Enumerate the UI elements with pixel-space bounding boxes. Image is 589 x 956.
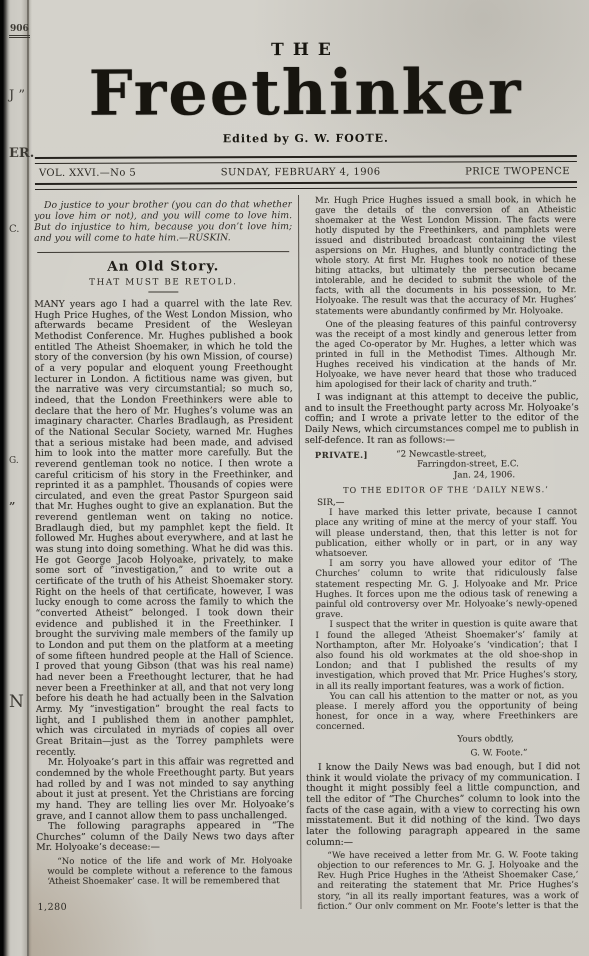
- letter-paragraph: I am sorry you have allowed your editor …: [315, 558, 577, 620]
- subtitle-rule: [148, 291, 178, 292]
- page-content: THE Freethinker Edited by G. W. FOOTE. V…: [29, 0, 586, 956]
- article-paragraph: The following paragraphs appeared in “Th…: [36, 821, 294, 854]
- issue-date: SUNDAY, FEBRUARY 4, 1906: [221, 167, 381, 179]
- article-columns: Do justice to your brother (you can do t…: [34, 192, 580, 910]
- edge-text-fragment: N: [9, 692, 24, 712]
- article-paragraph: I know the Daily News was bad enough, bu…: [306, 762, 580, 848]
- foote-letter: PRIVATE.] “2 Newcastle-street, Farringdo…: [315, 449, 578, 759]
- epigraph-quote: Do justice to your brother (you can do t…: [34, 193, 292, 244]
- column-rule: [37, 251, 289, 253]
- letter-private-label: PRIVATE.]: [315, 450, 368, 460]
- edge-text-fragment: G.: [9, 456, 19, 466]
- daily-news-quote-start: “No notice of the life and work of Mr. H…: [47, 856, 292, 887]
- article-paragraph: I was indignant at this attempt to decei…: [305, 392, 579, 446]
- left-column: Do justice to your brother (you can do t…: [34, 193, 294, 910]
- masthead-editor-line: Edited by G. W. FOOTE.: [34, 131, 578, 146]
- letter-date: Jan. 24, 1906.: [454, 470, 577, 481]
- dateline: VOL. XXVI.—No 5 SUNDAY, FEBRUARY 4, 1906…: [34, 162, 578, 183]
- letter-paragraph: I suspect that the writer in question is…: [315, 619, 577, 691]
- edge-text-fragment: C.: [9, 224, 19, 235]
- article-subtitle: THAT MUST BE RETOLD.: [34, 277, 292, 288]
- letter-signature: G. W. Foote.”: [471, 748, 578, 759]
- scanned-newspaper-page: 906 J ” ER. C. G. ” N THE Freethinker Ed…: [0, 0, 589, 956]
- column-divider: [298, 195, 301, 909]
- letter-paragraph: You can call his attention to the matter…: [316, 691, 578, 733]
- letter-paragraph: I have marked this letter private, becau…: [315, 507, 577, 559]
- price: PRICE TWOPENCE: [465, 166, 570, 177]
- daily-news-closing-quote: “We have received a letter from Mr. G. W…: [317, 850, 578, 909]
- masthead-title: Freethinker: [34, 62, 578, 124]
- daily-news-quote-continuation: One of the pleasing features of this pai…: [315, 319, 576, 390]
- letter-address-line: Farringdon-street, E.C.: [417, 459, 577, 470]
- letter-heading: PRIVATE.] “2 Newcastle-street, Farringdo…: [315, 449, 577, 481]
- page-number: 1,280: [37, 902, 67, 913]
- daily-news-quote-continuation: Mr. Hugh Price Hughes issued a small boo…: [315, 195, 576, 316]
- facing-page-edge: 906 J ” ER. C. G. ” N: [3, 0, 29, 956]
- letter-valediction: Yours obdtly,: [457, 734, 578, 745]
- edge-text-fragment: J ”: [9, 88, 25, 103]
- horizontal-rule: [35, 181, 577, 190]
- article-title: An Old Story.: [34, 258, 292, 275]
- masthead: THE Freethinker Edited by G. W. FOOTE.: [33, 0, 578, 146]
- letter-salutation: TO THE EDITOR OF THE ‘DAILY NEWS.’: [315, 485, 577, 496]
- volume-number: VOL. XXVI.—No 5: [39, 168, 136, 179]
- right-column: Mr. Hugh Price Hughes issued a small boo…: [304, 192, 580, 909]
- edge-text-fragment: ”: [9, 500, 15, 513]
- article-paragraph: Mr. Holyoake’s part in this affair was r…: [36, 757, 294, 822]
- article-paragraph: MANY years ago I had a quarrel with the …: [34, 299, 294, 758]
